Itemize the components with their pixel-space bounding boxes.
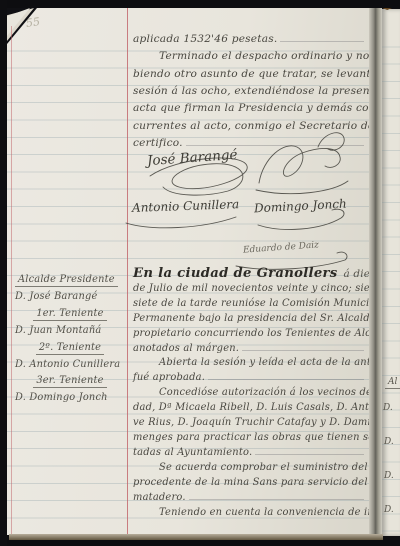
acta-line: tadas al Ayuntamiento. <box>133 446 367 461</box>
background-band-top <box>0 0 400 8</box>
background-band-bottom <box>0 540 400 546</box>
margin-role: Alcalde Presidente <box>15 272 125 289</box>
acta-line: matadero. <box>133 491 367 506</box>
margin-name: D. Domingo Jonch <box>15 390 125 407</box>
acta-opening-phrase: En la ciudad de Granollers <box>133 267 338 282</box>
acta-line: ve Rius, D. Joaquín Truchir Catafay y D.… <box>133 416 367 431</box>
amount-line: aplicada 1532'46 pesetas. <box>133 31 367 48</box>
next-page-fragment: D. <box>383 403 393 413</box>
acta-opening-line: En la ciudad de Granollers á diez y seis <box>133 267 367 282</box>
book-gutter <box>369 0 382 546</box>
margin-name: D. Juan Montañá <box>15 323 125 340</box>
closing-line: biendo otro asunto de que tratar, se lev… <box>133 66 367 83</box>
next-page-fragment: D. <box>384 471 394 481</box>
margin-name: D. Antonio Cunillera <box>15 357 125 374</box>
next-page-fragment: D. <box>384 437 394 447</box>
acta-line: dad, Dª Micaela Ribell, D. Luis Casals, … <box>133 401 367 416</box>
margin-role: 3er. Teniente <box>15 373 125 390</box>
acta-line: propietario concurriendo los Tenientes d… <box>133 327 367 342</box>
margin-role: 1er. Teniente <box>15 306 125 323</box>
next-page-fragment: D. <box>384 505 394 515</box>
background-band-left <box>0 0 7 546</box>
acta-line: siete de la tarde reunióse la Comisión M… <box>133 297 367 312</box>
acta-line: Abierta la sesión y leída el acta de la … <box>133 356 367 371</box>
closing-line: sesión á las ocho, extendiéndose la pres… <box>133 83 367 100</box>
folio-number: 55 <box>25 15 41 30</box>
session-entry: En la ciudad de Granollers á diez y seis… <box>133 267 367 520</box>
acta-line: Teniendo en cuenta la conveniencia de in… <box>133 506 367 521</box>
acta-line: Concedióse autorización á los vecinos de… <box>133 386 367 401</box>
acta-line: anotados al márgen. <box>133 342 367 357</box>
next-page-heading-fragment: Al <box>385 377 400 387</box>
red-edge-line <box>11 26 12 535</box>
amount-text: aplicada 1532'46 pesetas. <box>133 31 277 48</box>
margin-officials: Alcalde Presidente D. José Barangé 1er. … <box>15 272 125 407</box>
acta-line: fué aprobada. <box>133 371 367 386</box>
acta-line: Se acuerda comprobar el suministro del a… <box>133 461 367 476</box>
acta-line: Permanente bajo la presidencia del Sr. A… <box>133 312 367 327</box>
closing-line: certifico. <box>133 135 367 152</box>
acta-line: menges para practicar las obras que tien… <box>133 431 367 446</box>
closing-line: acta que firman la Presidencia y demás c… <box>133 100 367 117</box>
next-page-ruled-lines <box>382 30 400 535</box>
margin-name: D. José Barangé <box>15 289 125 306</box>
closing-entry: aplicada 1532'46 pesetas. Terminado el d… <box>133 31 367 152</box>
closing-line: Terminado el despacho ordinario y no ha- <box>133 48 367 65</box>
red-margin-line <box>127 8 128 535</box>
acta-line: procedente de la mina Sans para servicio… <box>133 476 367 491</box>
margin-role: 2º. Teniente <box>15 340 125 357</box>
closing-line: currentes al acto, conmigo el Secretario… <box>133 118 367 135</box>
acta-line: de Julio de mil novecientos veinte y cin… <box>133 282 367 297</box>
manuscript-photo: 55 aplicada 1532'46 pesetas. Terminado e… <box>0 0 400 546</box>
